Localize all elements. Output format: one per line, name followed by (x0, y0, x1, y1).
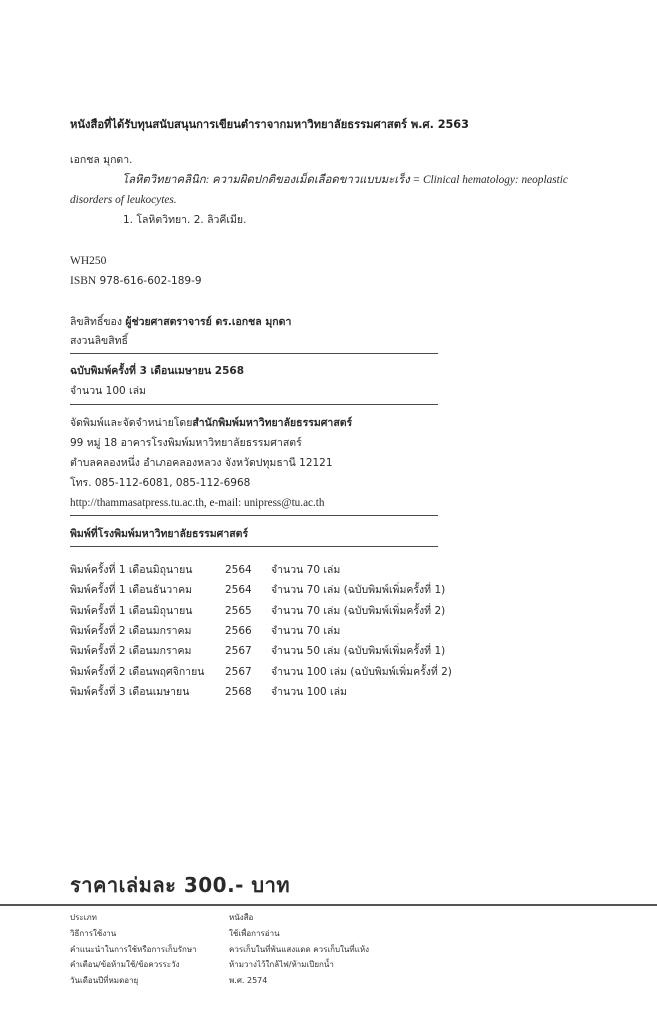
publisher-prefix: จัดพิมพ์และจัดจำหน่ายโดย (70, 417, 192, 429)
product-label-key: คำแนะนำในการใช้หรือการเก็บรักษา (70, 945, 197, 955)
product-label-value: ห้ามวางไว้ใกล้ไฟ/ห้ามเปียกน้ำ (229, 960, 334, 970)
isbn-label: ISBN (70, 275, 96, 287)
history-edition: พิมพ์ครั้งที่ 2 เดือนพฤศจิกายน (70, 665, 204, 679)
price: ราคาเล่มละ 300.- บาท (70, 869, 290, 901)
edition-quantity: จำนวน 100 เล่ม (70, 384, 146, 398)
divider (70, 353, 438, 354)
product-label-key: ประเภท (70, 913, 97, 923)
history-edition: พิมพ์ครั้งที่ 2 เดือนมกราคม (70, 644, 191, 658)
history-year: 2567 (225, 644, 252, 658)
publisher-phone: โทร. 085-112-6081, 085-112-6968 (70, 476, 250, 490)
product-label-value: หนังสือ (229, 913, 253, 923)
publisher-name: สำนักพิมพ์มหาวิทยาลัยธรรมศาสตร์ (192, 417, 352, 429)
catalog-author: เอกชล มุกดา. (70, 153, 132, 167)
history-quantity: จำนวน 100 เล่ม (ฉบับพิมพ์เพิ่มครั้งที่ 2… (271, 665, 452, 679)
copyright-owner-line: ลิขสิทธิ์ของ ผู้ช่วยศาสตราจารย์ ดร.เอกชล… (70, 315, 291, 329)
history-edition: พิมพ์ครั้งที่ 3 เดือนเมษายน (70, 685, 189, 699)
publisher-address-line1: 99 หมู่ 18 อาคารโรงพิมพ์มหาวิทยาลัยธรรมศ… (70, 436, 302, 450)
printer-heading: พิมพ์ที่โรงพิมพ์มหาวิทยาลัยธรรมศาสตร์ (70, 527, 248, 541)
copyright-owner: ผู้ช่วยศาสตราจารย์ ดร.เอกชล มุกดา (125, 316, 291, 328)
publisher-line: จัดพิมพ์และจัดจำหน่ายโดยสำนักพิมพ์มหาวิท… (70, 416, 352, 430)
product-label-value: ใช้เพื่อการอ่าน (229, 929, 280, 939)
history-year: 2564 (225, 583, 252, 597)
product-label-value: ควรเก็บในที่พ้นแสงแดด ควรเก็บในที่แห้ง (229, 945, 369, 955)
history-quantity: จำนวน 70 เล่ม (ฉบับพิมพ์เพิ่มครั้งที่ 1) (271, 583, 445, 597)
copyright-reserved: สงวนลิขสิทธิ์ (70, 334, 128, 348)
funding-note: หนังสือที่ได้รับทุนสนับสนุนการเขียนตำราจ… (70, 115, 469, 133)
copyright-page: หนังสือที่ได้รับทุนสนับสนุนการเขียนตำราจ… (0, 0, 657, 1015)
history-edition: พิมพ์ครั้งที่ 1 เดือนธันวาคม (70, 583, 192, 597)
product-label-value: พ.ศ. 2574 (229, 976, 267, 986)
history-edition: พิมพ์ครั้งที่ 1 เดือนมิถุนายน (70, 563, 192, 577)
product-label-key: วิธีการใช้งาน (70, 929, 116, 939)
history-quantity: จำนวน 70 เล่ม (271, 563, 340, 577)
history-quantity: จำนวน 100 เล่ม (271, 685, 347, 699)
divider (70, 546, 438, 547)
catalog-subjects: 1. โลหิตวิทยา. 2. ลิวคีเมีย. (123, 213, 246, 227)
history-year: 2568 (225, 685, 252, 699)
divider (70, 404, 438, 405)
copyright-prefix: ลิขสิทธิ์ของ (70, 316, 122, 328)
history-year: 2564 (225, 563, 252, 577)
catalog-title-line2: disorders of leukocytes. (70, 193, 177, 207)
history-edition: พิมพ์ครั้งที่ 2 เดือนมกราคม (70, 624, 191, 638)
divider (70, 515, 438, 516)
divider (0, 904, 657, 906)
history-edition: พิมพ์ครั้งที่ 1 เดือนมิถุนายน (70, 604, 192, 618)
history-quantity: จำนวน 70 เล่ม (271, 624, 340, 638)
publisher-address-line2: ตำบลคลองหนึ่ง อำเภอคลองหลวง จังหวัดปทุมธ… (70, 456, 333, 470)
history-quantity: จำนวน 50 เล่ม (ฉบับพิมพ์เพิ่มครั้งที่ 1) (271, 644, 445, 658)
history-year: 2566 (225, 624, 252, 638)
current-edition: ฉบับพิมพ์ครั้งที่ 3 เดือนเมษายน 2568 (70, 364, 244, 378)
history-year: 2567 (225, 665, 252, 679)
catalog-title-line1: โลหิตวิทยาคลินิก: ความผิดปกติของเม็ดเลือ… (122, 173, 568, 187)
history-quantity: จำนวน 70 เล่ม (ฉบับพิมพ์เพิ่มครั้งที่ 2) (271, 604, 445, 618)
call-number: WH250 (70, 254, 106, 268)
product-label-key: วันเดือนปีที่หมดอายุ (70, 976, 138, 986)
history-year: 2565 (225, 604, 252, 618)
isbn-line: ISBN 978-616-602-189-9 (70, 274, 202, 288)
product-label-key: คำเตือน/ข้อห้ามใช้/ข้อควรระวัง (70, 960, 180, 970)
publisher-web-email: http://thammasatpress.tu.ac.th, e-mail: … (70, 496, 325, 510)
isbn-value: 978-616-602-189-9 (100, 275, 202, 287)
